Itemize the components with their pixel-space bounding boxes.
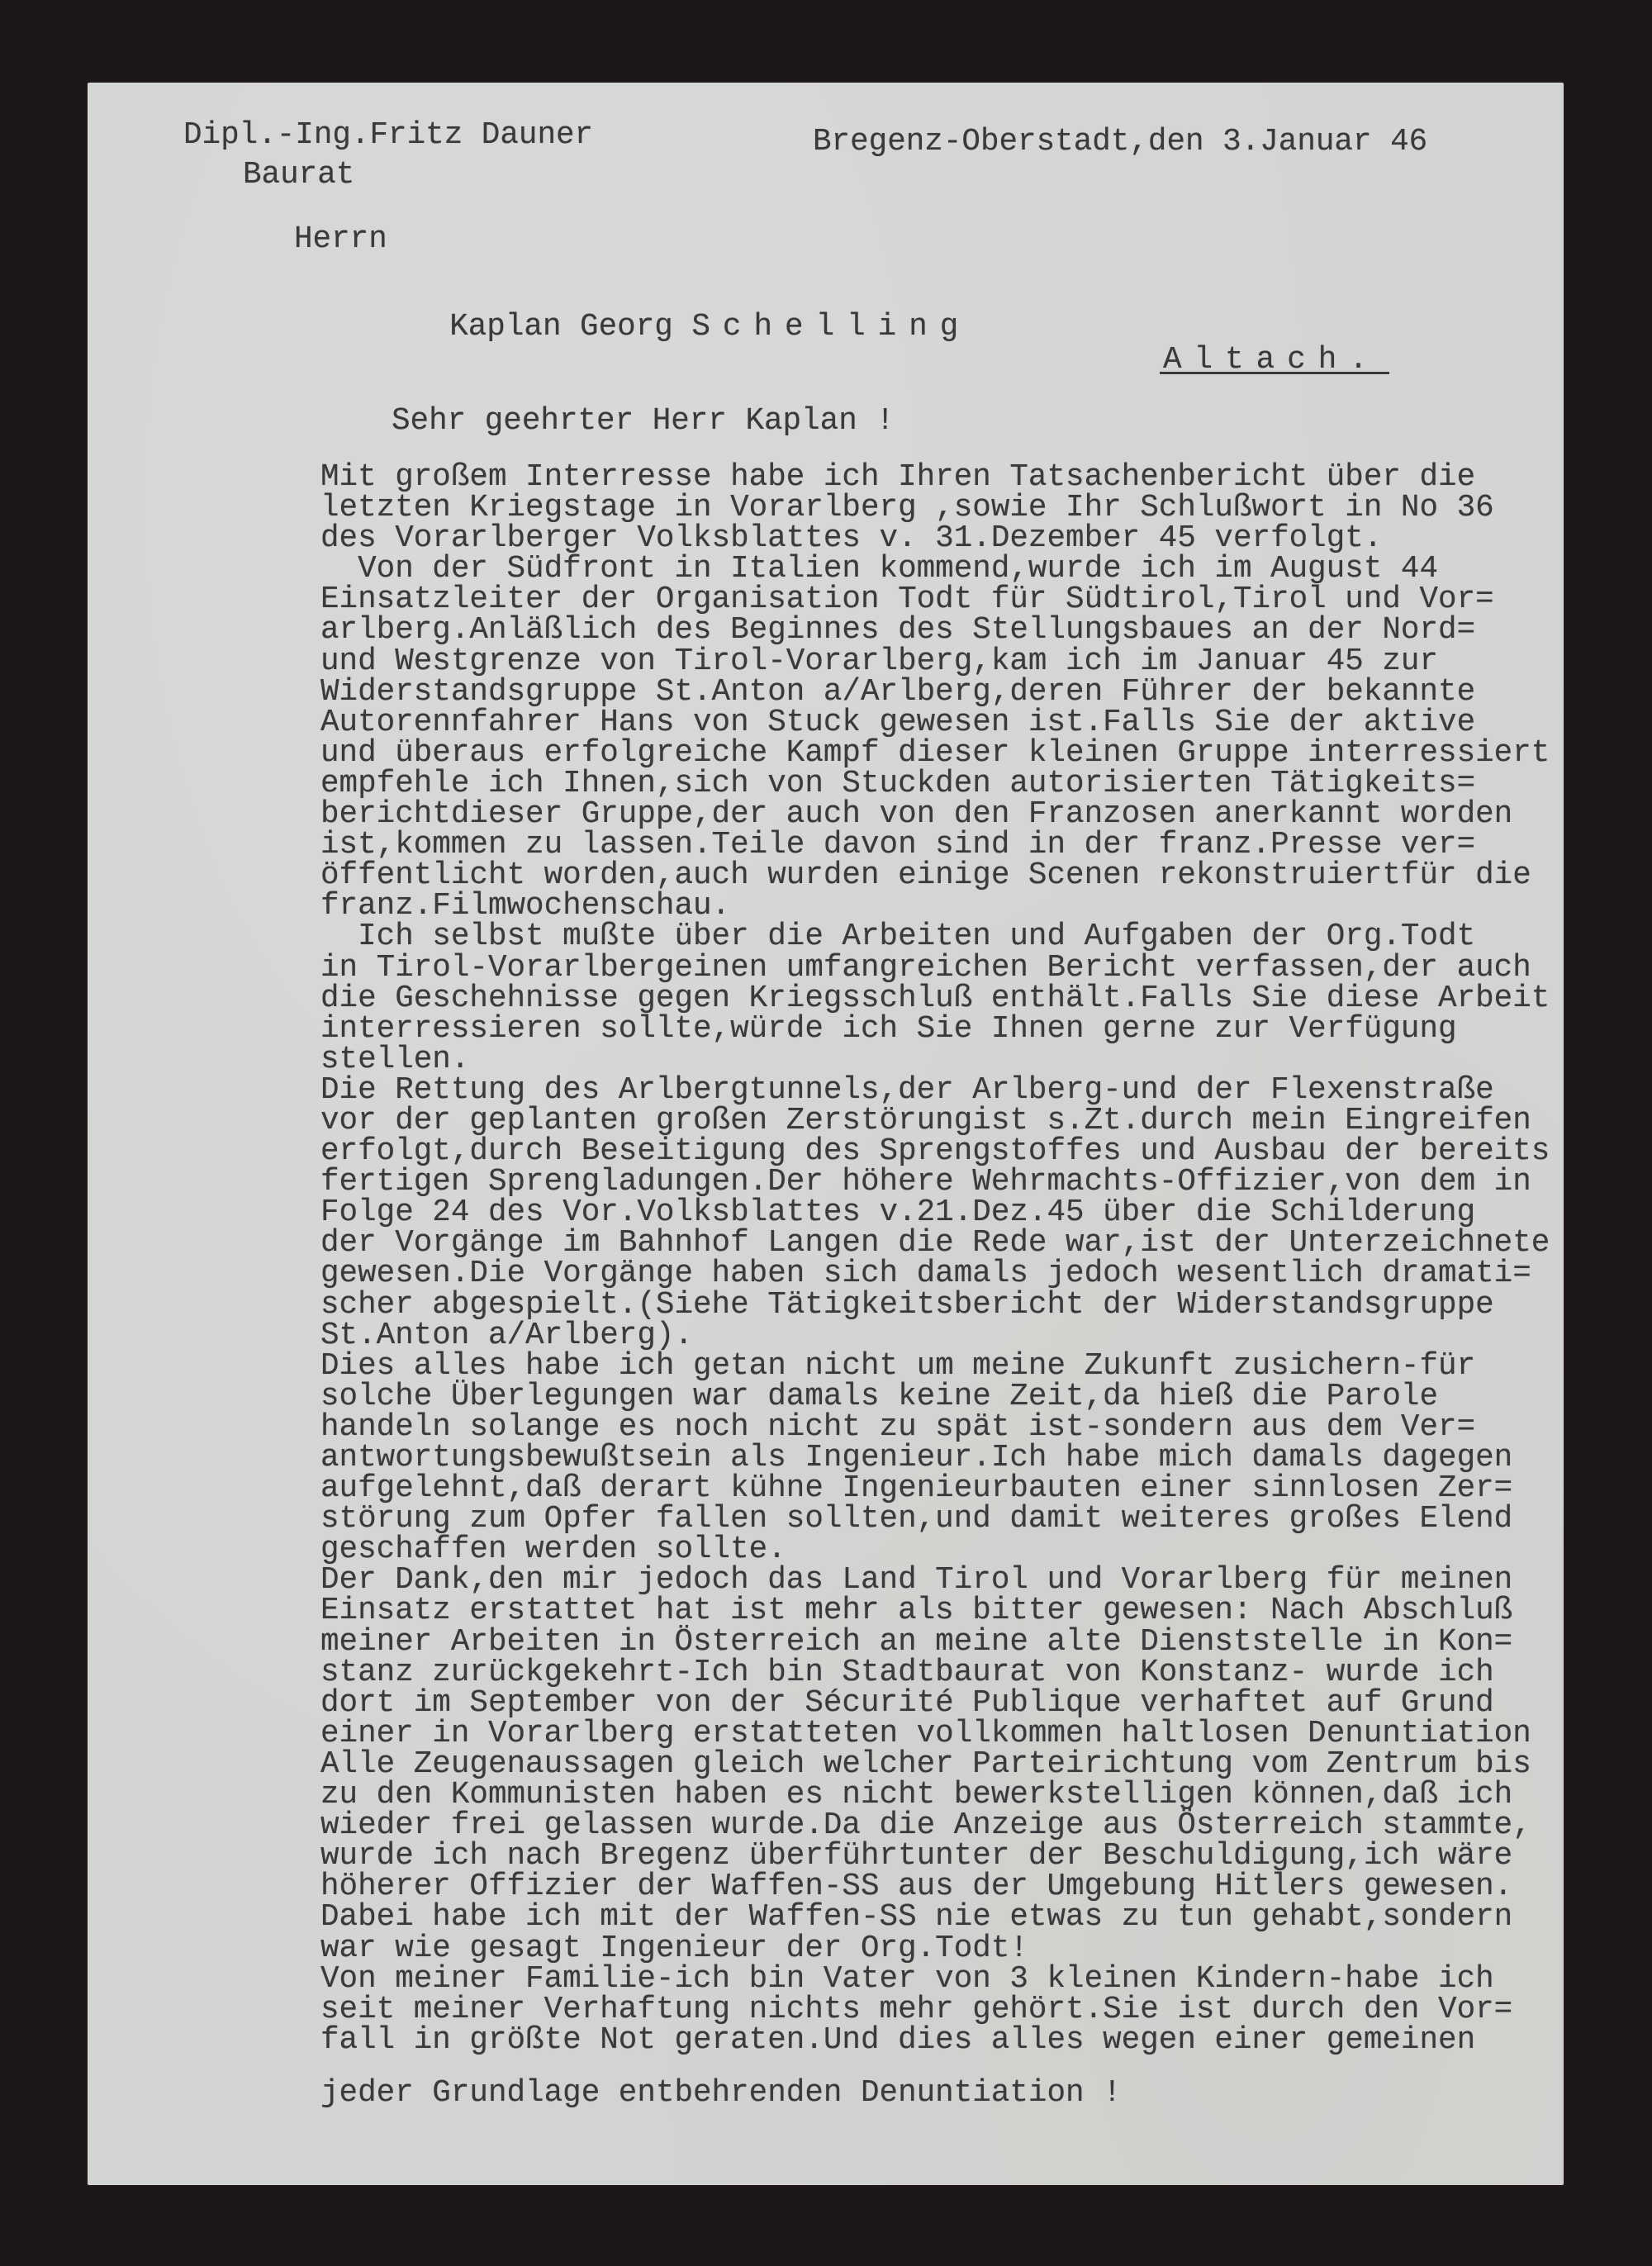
body-line: war wie gesagt Ingenieur der Org.Todt! [320, 1934, 1550, 1964]
place-date: Bregenz-Oberstadt,den 3.Januar 46 [813, 127, 1427, 158]
letter-body: Mit großem Interresse habe ich Ihren Tat… [320, 463, 1550, 2056]
body-line: Widerstandsgruppe St.Anton a/Arlberg,der… [320, 677, 1550, 708]
body-line: des Vorarlberger Volksblattes v. 31.Deze… [320, 524, 1550, 554]
body-line: die Geschehnisse gegen Kriegsschluß enth… [320, 984, 1550, 1014]
body-line: stellen. [320, 1045, 1550, 1076]
body-line: interressieren sollte,würde ich Sie Ihne… [320, 1014, 1550, 1045]
body-line: dort im September von der Sécurité Publi… [320, 1689, 1550, 1719]
body-line: Dies alles habe ich getan nicht um meine… [320, 1352, 1550, 1382]
body-line: gewesen.Die Vorgänge haben sich damals j… [320, 1259, 1550, 1290]
recipient-name-prefix: Kaplan Georg [449, 310, 691, 344]
body-line: Folge 24 des Vor.Volksblattes v.21.Dez.4… [320, 1198, 1550, 1228]
body-line: einer in Vorarlberg erstatteten vollkomm… [320, 1719, 1550, 1750]
greeting: Sehr geehrter Herr Kaplan ! [392, 406, 895, 437]
body-line: Einsatzleiter der Organisation Todt für … [320, 585, 1550, 615]
body-line: höherer Offizier der Waffen-SS aus der U… [320, 1872, 1550, 1903]
body-line: aufgelehnt,daß derart kühne Ingenieurbau… [320, 1474, 1550, 1504]
body-line: und überaus erfolgreiche Kampf dieser kl… [320, 739, 1550, 769]
body-line: scher abgespielt.(Siehe Tätigkeitsberich… [320, 1290, 1550, 1321]
recipient-name: Kaplan Georg Schelling [375, 282, 971, 373]
body-line: antwortungsbewußtsein als Ingenieur.Ich … [320, 1443, 1550, 1474]
sender-name: Dipl.-Ing.Fritz Dauner [183, 121, 593, 151]
body-line: in Tirol-Vorarlbergeinen umfangreichen B… [320, 953, 1550, 984]
body-line: Alle Zeugenaussagen gleich welcher Parte… [320, 1750, 1550, 1780]
body-line: arlberg.Anläßlich des Beginnes des Stell… [320, 615, 1550, 646]
body-line: Autorennfahrer Hans von Stuck gewesen is… [320, 708, 1550, 739]
body-line: öffentlicht worden,auch wurden einige Sc… [320, 861, 1550, 891]
body-line: störung zum Opfer fallen sollten,und dam… [320, 1504, 1550, 1535]
closing-line: jeder Grundlage entbehrenden Denuntiatio… [320, 2078, 1122, 2109]
body-line: Einsatz erstattet hat ist mehr als bitte… [320, 1596, 1550, 1627]
body-line: berichtdieser Gruppe,der auch von den Fr… [320, 800, 1550, 830]
recipient-salutation-line: Herrn [294, 225, 387, 255]
body-line: vor der geplanten großen Zerstörungist s… [320, 1106, 1550, 1137]
body-line: St.Anton a/Arlberg). [320, 1321, 1550, 1352]
body-line: wurde ich nach Bregenz überführtunter de… [320, 1841, 1550, 1872]
body-line: Von der Südfront in Italien kommend,wurd… [320, 554, 1550, 585]
body-line: erfolgt,durch Beseitigung des Sprengstof… [320, 1137, 1550, 1167]
body-line: und Westgrenze von Tirol-Vorarlberg,kam … [320, 647, 1550, 677]
body-line: wieder frei gelassen wurde.Da die Anzeig… [320, 1811, 1550, 1841]
body-line: Die Rettung des Arlbergtunnels,der Arlbe… [320, 1076, 1550, 1106]
body-line: Der Dank,den mir jedoch das Land Tirol u… [320, 1565, 1550, 1596]
body-line: seit meiner Verhaftung nichts mehr gehör… [320, 1995, 1550, 2026]
body-line: stanz zurückgekehrt-Ich bin Stadtbaurat … [320, 1658, 1550, 1689]
body-line: empfehle ich Ihnen,sich von Stuckden aut… [320, 769, 1550, 800]
body-line: Von meiner Familie-ich bin Vater von 3 k… [320, 1964, 1550, 1995]
body-line: ist,kommen zu lassen.Teile davon sind in… [320, 830, 1550, 861]
body-line: letzten Kriegstage in Vorarlberg ,sowie … [320, 493, 1550, 524]
body-line: fertigen Sprengladungen.Der höhere Wehrm… [320, 1167, 1550, 1198]
body-line: Mit großem Interresse habe ich Ihren Tat… [320, 463, 1550, 493]
recipient-surname: Schelling [691, 310, 971, 344]
sender-title: Baurat [243, 160, 354, 191]
body-line: solche Überlegungen war damals keine Zei… [320, 1382, 1550, 1413]
body-line: handeln solange es noch nicht zu spät is… [320, 1413, 1550, 1443]
body-line: meiner Arbeiten in Österreich an meine a… [320, 1627, 1550, 1658]
body-line: der Vorgänge im Bahnhof Langen die Rede … [320, 1228, 1550, 1259]
body-line: Ich selbst mußte über die Arbeiten und A… [320, 922, 1550, 952]
body-line: fall in größte Not geraten.Und dies alle… [320, 2026, 1550, 2056]
recipient-location-underline [1160, 372, 1389, 374]
body-line: geschaffen werden sollte. [320, 1535, 1550, 1565]
bleed-through-texture [616, 190, 1122, 216]
body-line: franz.Filmwochenschau. [320, 891, 1550, 922]
body-line: zu den Kommunisten haben es nicht bewerk… [320, 1780, 1550, 1811]
body-line: Dabei habe ich mit der Waffen-SS nie etw… [320, 1903, 1550, 1933]
